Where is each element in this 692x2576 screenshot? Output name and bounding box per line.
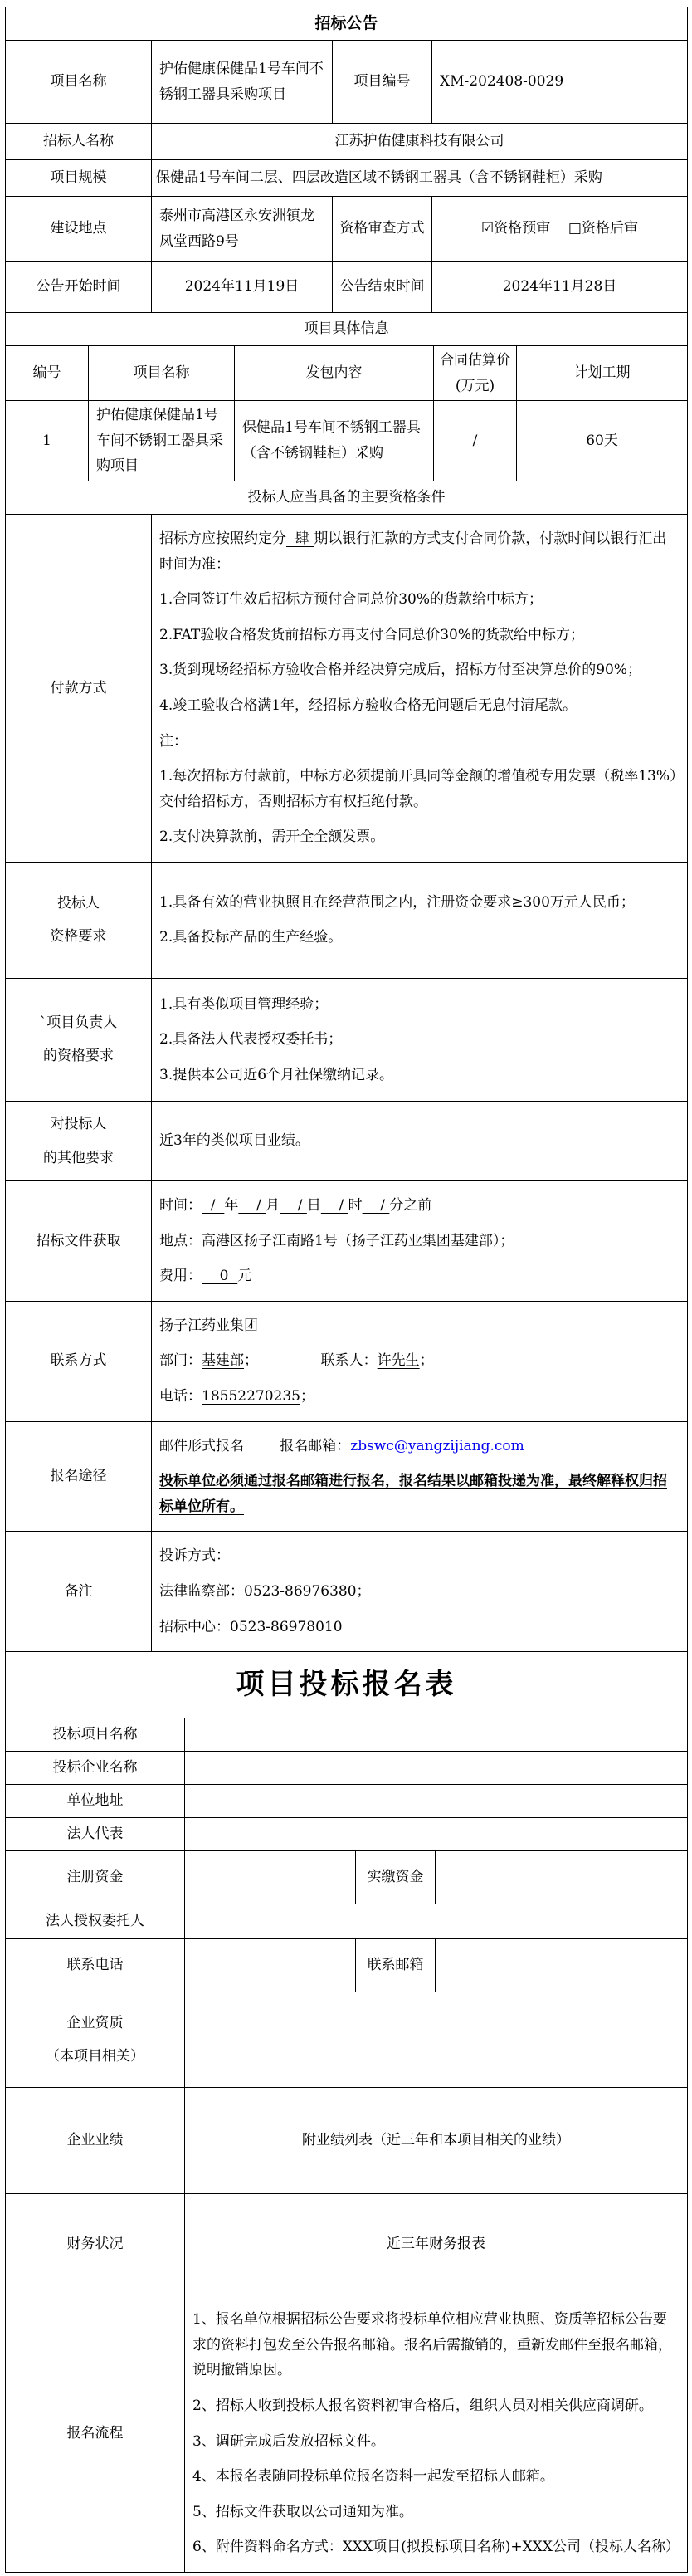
registration-form-table: 项目投标报名表 投标项目名称 投标企业名称 单位地址 法人代表 注册资金 实缴资…	[5, 1651, 688, 2573]
authorized-agent-label: 法人授权委托人	[6, 1904, 185, 1939]
col-header-duration: 计划工期	[517, 346, 688, 401]
project-scale-value: 保健品1号车间二层、四层改造区域不锈钢工器具（含不锈钢鞋柜）采购	[152, 160, 688, 197]
financial-status-label: 财务状况	[6, 2194, 185, 2295]
payment-item: 1.合同签订生效后招标方预付合同总价30%的货款给中标方；	[159, 587, 680, 613]
tenderer-value: 江苏护佑健康科技有限公司	[152, 124, 688, 160]
remarks-line: 投诉方式：	[159, 1543, 680, 1569]
payment-note-title: 注：	[159, 729, 680, 755]
process-step: 3、调研完成后发放招标文件。	[192, 2429, 680, 2455]
process-step: 2、招标人收到投标人报名资料初审合格后，组织人员对相关供应商调研。	[192, 2393, 680, 2419]
pm-qual-item: 1.具有类似项目管理经验；	[159, 992, 680, 1018]
contact-company: 扬子江药业集团	[159, 1313, 680, 1339]
end-time-label: 公告结束时间	[333, 262, 432, 313]
registered-capital-field	[185, 1851, 356, 1904]
pm-qual-item: 3.提供本公司近6个月社保缴纳记录。	[159, 1063, 680, 1088]
company-qualification-field	[185, 1992, 688, 2088]
announcement-title: 招标公告	[6, 7, 688, 41]
authorized-agent-field	[185, 1904, 688, 1939]
qualification-table: 投标人应当具备的主要资格条件 付款方式 招标方应按照约定分 肆 期以银行汇款的方…	[5, 481, 688, 1652]
cell-estimate: /	[434, 401, 517, 481]
process-step: 6、附件资料命名方式：XXX项目(拟投标项目名称)+XXX公司（投标人名称）	[192, 2534, 680, 2560]
tenderer-label: 招标人名称	[6, 124, 152, 160]
bidder-qualification-content: 1.具备有效的营业执照且在经营范围之内，注册资金要求≥300万元人民币； 2.具…	[152, 862, 688, 978]
contact-phone-line: 电话：18552270235；	[159, 1384, 680, 1410]
pm-qual-item: 2.具备法人代表授权委托书；	[159, 1027, 680, 1053]
contact-email-label: 联系邮箱	[356, 1939, 436, 1992]
postqualification-unchecked-checkbox: □资格后审	[568, 220, 638, 237]
details-section-header: 项目具体信息	[6, 313, 688, 346]
paid-capital-field	[436, 1851, 688, 1904]
cell-project-name: 护佑健康保健品1号车间不锈钢工器具采购项目	[89, 401, 235, 481]
project-no-value: XM-202408-0029	[432, 41, 688, 124]
signup-process-content: 1、报名单位根据招标公告要求将投标单位相应营业执照、资质等招标公告要求的资料打包…	[185, 2295, 688, 2573]
payment-item: 3.货到现场经招标方验收合格并经决算完成后，招标方付至决算总价的90%；	[159, 657, 680, 683]
location-label: 建设地点	[6, 197, 152, 262]
file-access-fee-line: 费用： 0 元	[159, 1264, 680, 1289]
signup-email-link[interactable]: zbswc@yangzijiang.com	[350, 1438, 524, 1454]
signup-email-line: 邮件形式报名 报名邮箱：zbswc@yangzijiang.com	[159, 1434, 680, 1459]
start-time-label: 公告开始时间	[6, 262, 152, 313]
table-row: 1 护佑健康保健品1号车间不锈钢工器具采购项目 保健品1号车间不锈钢工器具（含不…	[6, 401, 688, 481]
project-no-label: 项目编号	[333, 41, 432, 124]
file-access-content: 时间： / 年 / 月 / 日 / 时 / 分之前 地点：高港区扬子江南路1号（…	[152, 1181, 688, 1302]
remarks-line: 招标中心：0523-86978010	[159, 1615, 680, 1640]
file-access-place-line: 地点：高港区扬子江南路1号（扬子江药业集团基建部）；	[159, 1229, 680, 1254]
remarks-content: 投诉方式： 法律监察部：0523-86976380； 招标中心：0523-869…	[152, 1532, 688, 1652]
payment-method-label: 付款方式	[6, 514, 152, 862]
contact-phone-label: 联系电话	[6, 1939, 185, 1992]
bid-company-name-field	[185, 1752, 688, 1785]
bidder-qual-item: 1.具备有效的营业执照且在经营范围之内，注册资金要求≥300万元人民币；	[159, 890, 680, 916]
bidder-qualification-label: 投标人 资格要求	[6, 862, 152, 978]
prequalification-checked-checkbox: ☑资格预审	[481, 220, 550, 237]
cell-duration: 60天	[517, 401, 688, 481]
company-address-field	[185, 1785, 688, 1818]
payment-intro: 招标方应按照约定分 肆 期以银行汇款的方式支付合同价款，付款时间以银行汇出时间为…	[159, 526, 680, 577]
signup-process-label: 报名流程	[6, 2295, 185, 2573]
file-access-label: 招标文件获取	[6, 1181, 152, 1302]
cell-no: 1	[6, 401, 89, 481]
process-step: 5、招标文件获取以公司通知为准。	[192, 2500, 680, 2525]
payment-note: 2.支付决算款前，需开全全额发票。	[159, 824, 680, 850]
company-address-label: 单位地址	[6, 1785, 185, 1818]
qualification-section-header: 投标人应当具备的主要资格条件	[6, 481, 688, 514]
project-details-table: 项目具体信息 编号 项目名称 发包内容 合同估算价(万元) 计划工期 1 护佑健…	[5, 312, 688, 481]
cell-content: 保健品1号车间不锈钢工器具（含不锈钢鞋柜）采购	[235, 401, 434, 481]
col-header-no: 编号	[6, 346, 89, 401]
basic-info-table: 招标公告 项目名称 护佑健康保健品1号车间不锈钢工器具采购项目 项目编号 XM-…	[5, 7, 688, 313]
remarks-line: 法律监察部：0523-86976380；	[159, 1579, 680, 1605]
payment-item: 2.FAT验收合格发货前招标方再支付合同总价30%的货款给中标方；	[159, 623, 680, 648]
process-step: 4、本报名表随同投标单位报名资料一起发至招标人邮箱。	[192, 2464, 680, 2490]
project-name-label: 项目名称	[6, 41, 152, 124]
signup-method-content: 邮件形式报名 报名邮箱：zbswc@yangzijiang.com 投标单位必须…	[152, 1421, 688, 1532]
process-step: 1、报名单位根据招标公告要求将投标单位相应营业执照、资质等招标公告要求的资料打包…	[192, 2307, 680, 2383]
contact-email-field	[436, 1939, 688, 1992]
bid-project-name-label: 投标项目名称	[6, 1718, 185, 1752]
registered-capital-label: 注册资金	[6, 1851, 185, 1904]
company-performance-label: 企业业绩	[6, 2088, 185, 2194]
bidder-qual-item: 2.具备投标产品的生产经验。	[159, 925, 680, 951]
review-method-label: 资格审查方式	[333, 197, 432, 262]
company-qualification-label: 企业资质 （本项目相关）	[6, 1992, 185, 2088]
pm-qualification-content: 1.具有类似项目管理经验； 2.具备法人代表授权委托书； 3.提供本公司近6个月…	[152, 978, 688, 1101]
signup-method-label: 报名途径	[6, 1421, 152, 1532]
form-title: 项目投标报名表	[6, 1652, 688, 1718]
financial-status-value: 近三年财务报表	[185, 2194, 688, 2295]
col-header-project-name: 项目名称	[89, 346, 235, 401]
review-method-value: ☑资格预审 □资格后审	[432, 197, 688, 262]
end-time-value: 2024年11月28日	[432, 262, 688, 313]
bid-project-name-field	[185, 1718, 688, 1752]
project-scale-label: 项目规模	[6, 160, 152, 197]
legal-rep-field	[185, 1818, 688, 1851]
payment-method-content: 招标方应按照约定分 肆 期以银行汇款的方式支付合同价款，付款时间以银行汇出时间为…	[152, 514, 688, 862]
other-requirements-label: 对投标人 的其他要求	[6, 1101, 152, 1180]
tender-document: 招标公告 项目名称 护佑健康保健品1号车间不锈钢工器具采购项目 项目编号 XM-…	[0, 0, 692, 2576]
col-header-content: 发包内容	[235, 346, 434, 401]
contact-dept-line: 部门：基建部； 联系人：许先生；	[159, 1348, 680, 1374]
contact-phone-field	[185, 1939, 356, 1992]
contact-content: 扬子江药业集团 部门：基建部； 联系人：许先生； 电话：18552270235；	[152, 1301, 688, 1421]
other-requirements-content: 近3年的类似项目业绩。	[152, 1101, 688, 1180]
bid-company-name-label: 投标企业名称	[6, 1752, 185, 1785]
pm-qualification-label: `项目负责人 的资格要求	[6, 978, 152, 1101]
remarks-label: 备注	[6, 1532, 152, 1652]
contact-label: 联系方式	[6, 1301, 152, 1421]
col-header-estimate: 合同估算价(万元)	[434, 346, 517, 401]
start-time-value: 2024年11月19日	[152, 262, 333, 313]
company-performance-value: 附业绩列表（近三年和本项目相关的业绩）	[185, 2088, 688, 2194]
payment-note: 1.每次招标方付款前，中标方必须提前开具同等金额的增值税专用发票（税率13%）交…	[159, 764, 680, 814]
project-name-value: 护佑健康保健品1号车间不锈钢工器具采购项目	[152, 41, 333, 124]
payment-item: 4.竣工验收合格满1年，经招标方验收合格无问题后无息付清尾款。	[159, 693, 680, 719]
signup-warning-line: 投标单位必须通过报名邮箱进行报名，报名结果以邮箱投递为准，最终解释权归招标单位所…	[159, 1469, 680, 1519]
paid-capital-label: 实缴资金	[356, 1851, 436, 1904]
legal-rep-label: 法人代表	[6, 1818, 185, 1851]
file-access-time-line: 时间： / 年 / 月 / 日 / 时 / 分之前	[159, 1193, 680, 1219]
location-value: 泰州市高港区永安洲镇龙凤堂西路9号	[152, 197, 333, 262]
